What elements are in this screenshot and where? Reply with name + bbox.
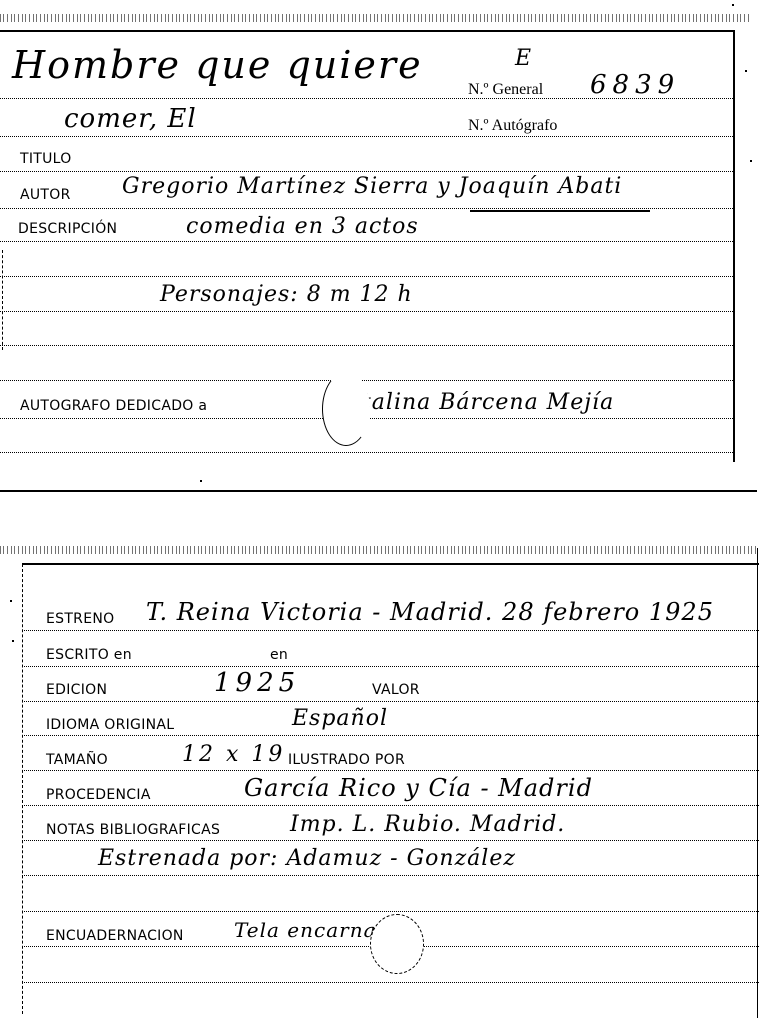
autografo-dedicado-label: AUTOGRAFO DEDICADO a bbox=[20, 399, 207, 413]
procedencia-label: PROCEDENCIA bbox=[46, 788, 151, 802]
signature-underline bbox=[470, 210, 650, 212]
card1-left-edge bbox=[2, 250, 3, 350]
idioma-original-label: IDIOMA ORIGINAL bbox=[46, 718, 174, 732]
scan-speck bbox=[745, 70, 747, 72]
catalog-card-back: ESTRENO T. Reina Victoria - Madrid. 28 f… bbox=[22, 548, 759, 1018]
rule bbox=[22, 666, 759, 667]
rule bbox=[0, 380, 735, 381]
rule bbox=[22, 735, 759, 736]
card2-right-edge bbox=[757, 548, 758, 1018]
catalog-card-front: Hombre que quiere comer, El E N.º Genera… bbox=[0, 0, 735, 492]
annotation-mark: E bbox=[515, 48, 532, 70]
rule bbox=[22, 875, 759, 876]
numero-general-value: 6839 bbox=[590, 72, 680, 98]
ilustrado-por-label: ILUSTRADO POR bbox=[288, 753, 405, 767]
handwritten-title-line1: Hombre que quiere bbox=[12, 46, 423, 84]
rule bbox=[22, 911, 759, 912]
rule bbox=[22, 630, 759, 631]
rule bbox=[0, 311, 735, 312]
rule bbox=[22, 701, 759, 702]
escrito-en-label: ESCRITO en bbox=[46, 648, 132, 662]
rule bbox=[22, 770, 759, 771]
notas-bibliograficas-value-line2: Estrenada por: Adamuz - González bbox=[98, 848, 516, 870]
rule bbox=[22, 840, 759, 841]
scan-speck bbox=[200, 480, 202, 482]
scan-speck bbox=[12, 640, 14, 642]
escrito-en-label-2: en bbox=[270, 648, 288, 662]
notas-bibliograficas-label: NOTAS BIBLIOGRAFICAS bbox=[46, 823, 220, 837]
rule bbox=[22, 982, 759, 983]
edicion-label: EDICION bbox=[46, 683, 107, 697]
rule bbox=[0, 241, 735, 242]
titulo-label: TITULO bbox=[20, 152, 72, 166]
punch-hole bbox=[322, 372, 370, 446]
rule bbox=[0, 276, 735, 277]
edicion-value: 1925 bbox=[214, 670, 300, 696]
autor-label: AUTOR bbox=[20, 188, 71, 202]
card1-right-border bbox=[733, 32, 735, 462]
rule bbox=[0, 171, 735, 172]
rule bbox=[0, 208, 735, 209]
tamano-value: 12 x 19 bbox=[182, 744, 285, 766]
valor-label: VALOR bbox=[372, 683, 420, 697]
autografo-dedicado-value: Catalina Bárcena Mejía bbox=[330, 392, 614, 414]
tamano-label: TAMAÑO bbox=[46, 753, 108, 767]
descripcion-label: DESCRIPCIÓN bbox=[18, 222, 117, 236]
numero-general-label: N.º General bbox=[468, 82, 543, 98]
idioma-original-value: Español bbox=[292, 708, 388, 730]
scan-speck bbox=[750, 160, 752, 162]
card1-bottom-edge bbox=[0, 490, 757, 492]
punch-hole bbox=[370, 914, 424, 974]
estreno-value: T. Reina Victoria - Madrid. 28 febrero 1… bbox=[146, 600, 714, 624]
handwritten-title-line2: comer, El bbox=[64, 106, 197, 132]
rule bbox=[0, 136, 735, 137]
encuadernacion-label: ENCUADERNACION bbox=[46, 929, 184, 943]
descripcion-value: comedia en 3 actos bbox=[186, 216, 419, 238]
procedencia-value: García Rico y Cía - Madrid bbox=[244, 776, 593, 800]
rule bbox=[22, 805, 759, 806]
scan-speck bbox=[732, 4, 734, 6]
numero-autografo-label: N.º Autógrafo bbox=[468, 118, 557, 134]
autor-value: Gregorio Martínez Sierra y Joaquín Abati bbox=[122, 176, 622, 198]
rule bbox=[0, 452, 735, 453]
scan-speck bbox=[10, 600, 12, 602]
personajes-value: Personajes: 8 m 12 h bbox=[160, 284, 413, 306]
rule bbox=[0, 345, 735, 346]
estreno-label: ESTRENO bbox=[46, 612, 114, 626]
notas-bibliograficas-value-line1: Imp. L. Rubio. Madrid. bbox=[290, 814, 565, 836]
